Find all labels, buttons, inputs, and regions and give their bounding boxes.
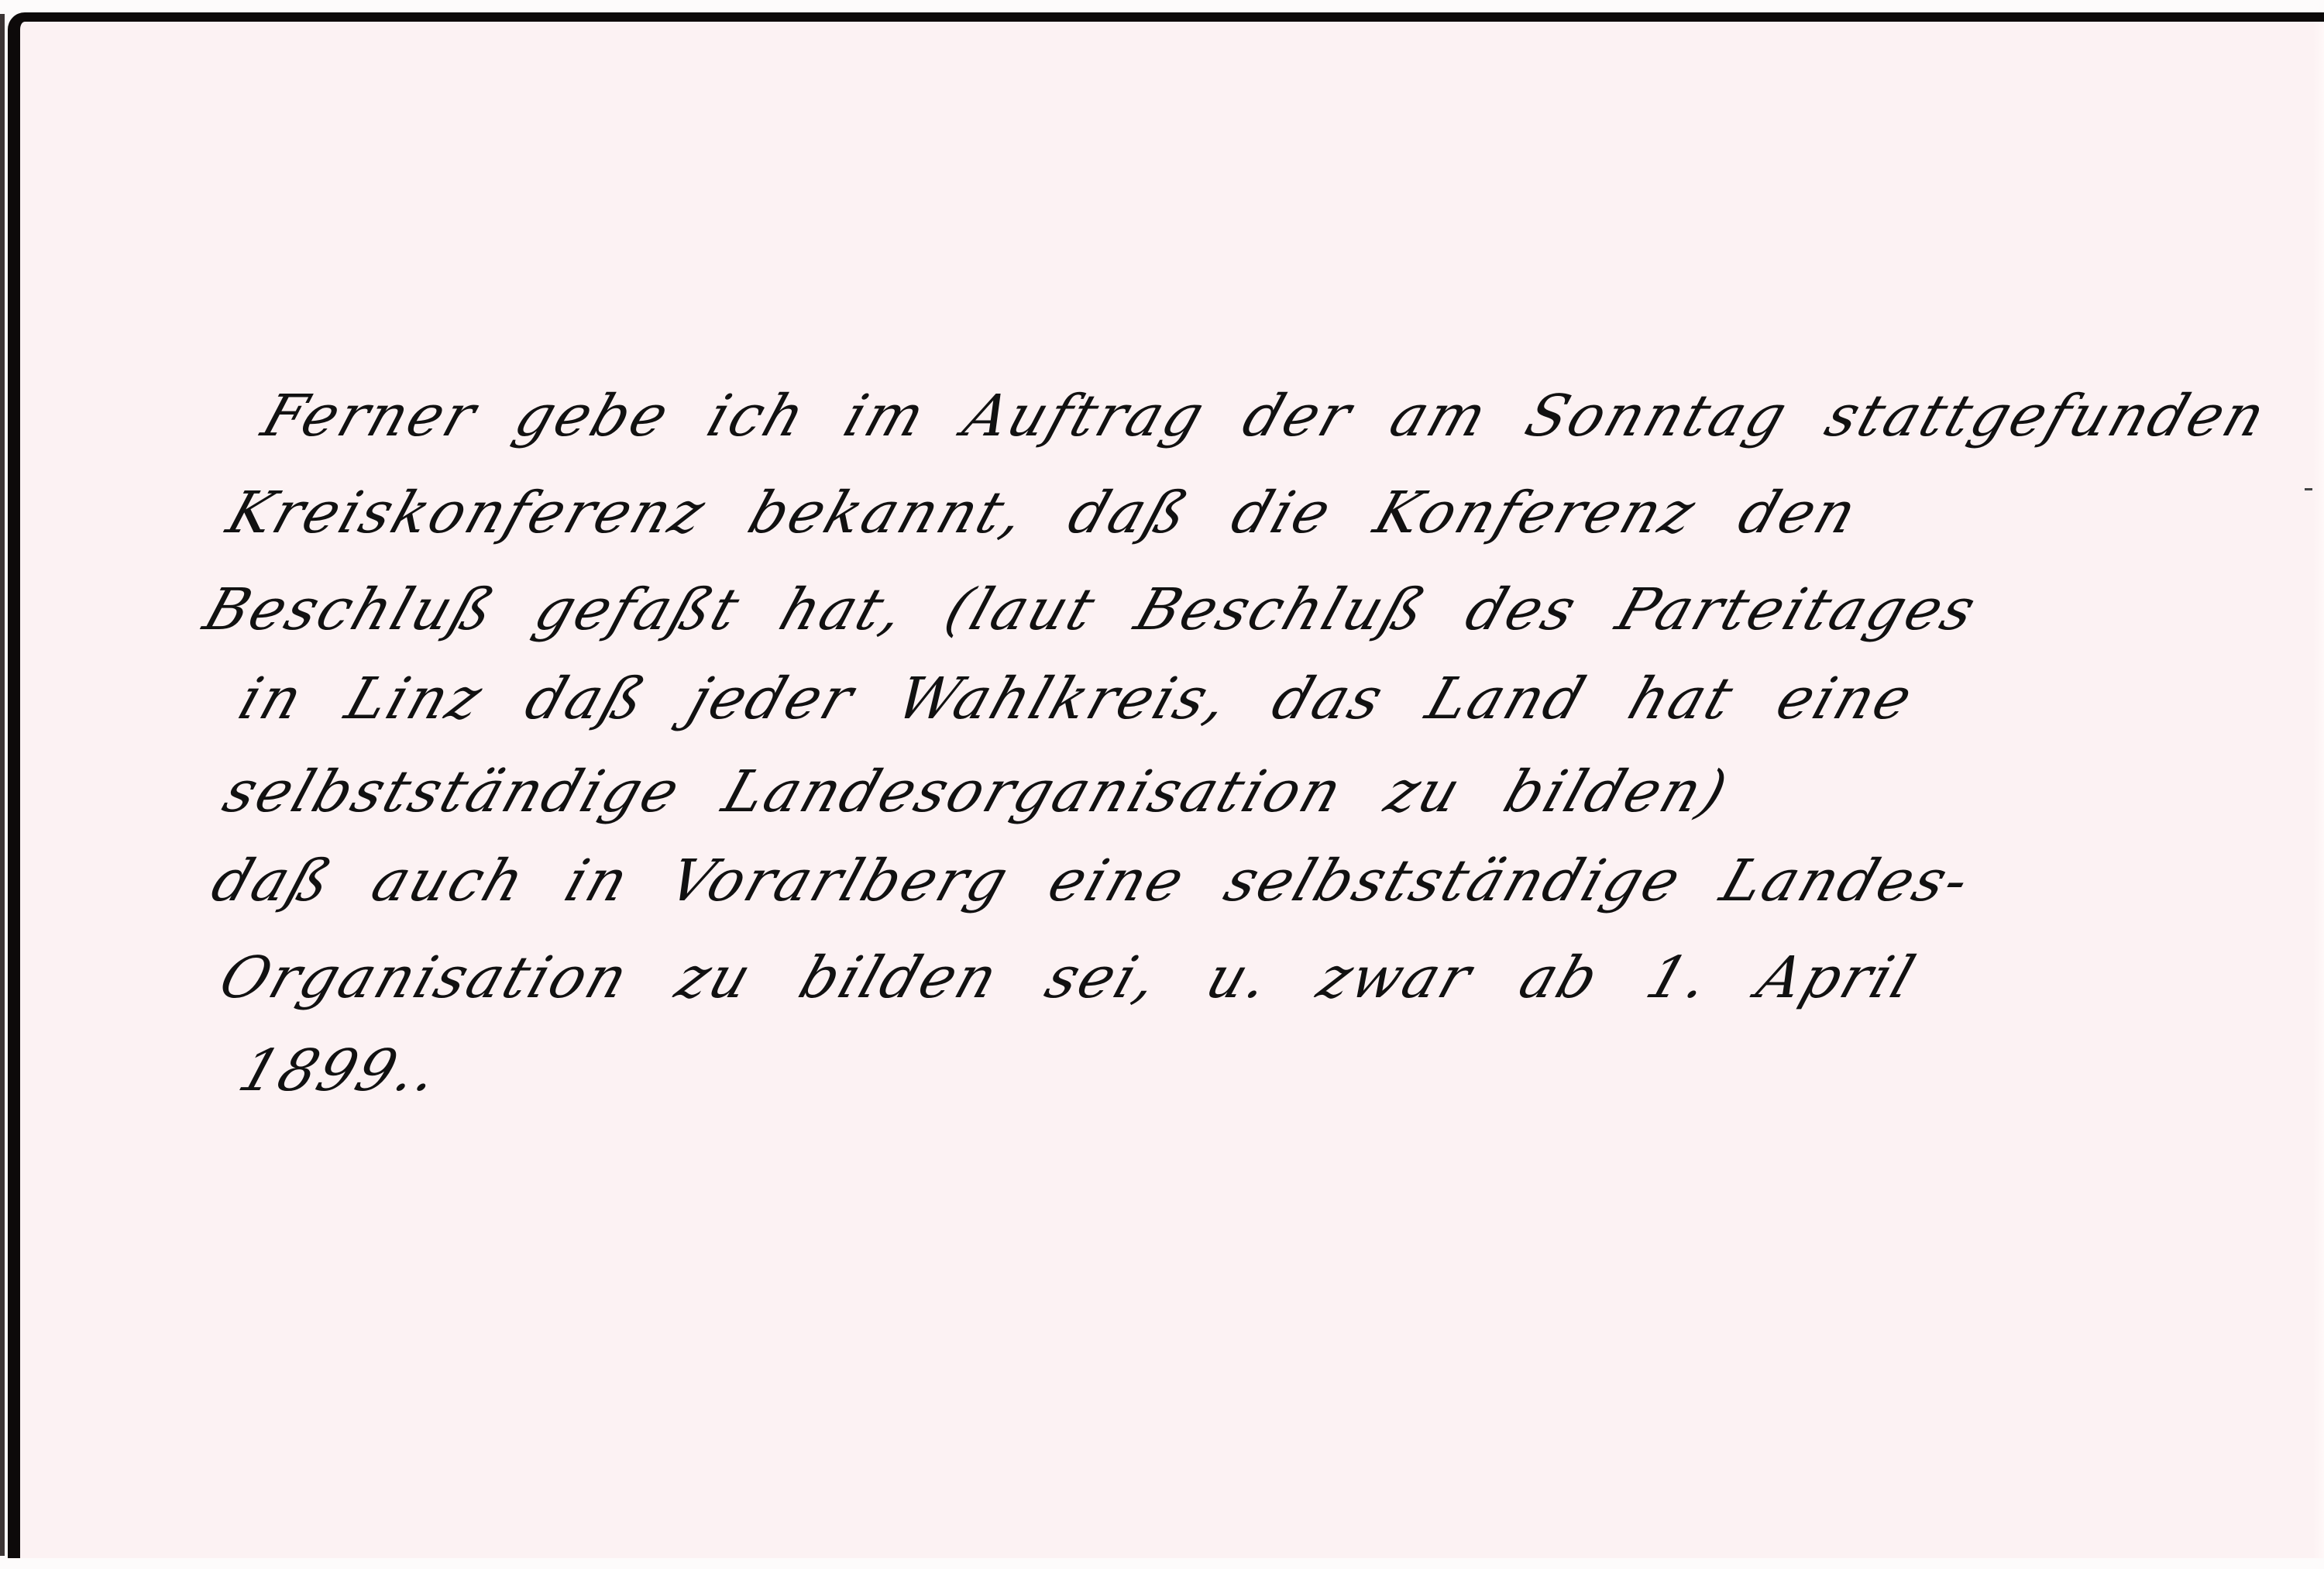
scan-background: Ferner gebe ich im Auftrag der am Sonnta… <box>0 0 2324 1569</box>
text-line-7: Organisation zu bilden sei, u. zwar ab 1… <box>213 949 1923 1006</box>
text-line-4: in Linz daß jeder Wahlkreis, das Land ha… <box>232 670 1921 728</box>
text-line-6: daß auch in Vorarlberg eine selbstständi… <box>205 852 1978 910</box>
text-line-date: 1899.. <box>232 1042 447 1099</box>
text-line-1: Ferner gebe ich im Auftrag der am Sonnta… <box>256 387 2274 445</box>
text-line-5: selbstständige Landesorganisation zu bil… <box>217 763 1735 821</box>
handwritten-text: Ferner gebe ich im Auftrag der am Sonnta… <box>0 0 2324 1569</box>
text-line-3: Beschluß gefaßt hat, (laut Beschluß des … <box>198 581 1984 638</box>
text-line-2: Kreiskonferenz bekannt, daß die Konferen… <box>221 484 1865 542</box>
